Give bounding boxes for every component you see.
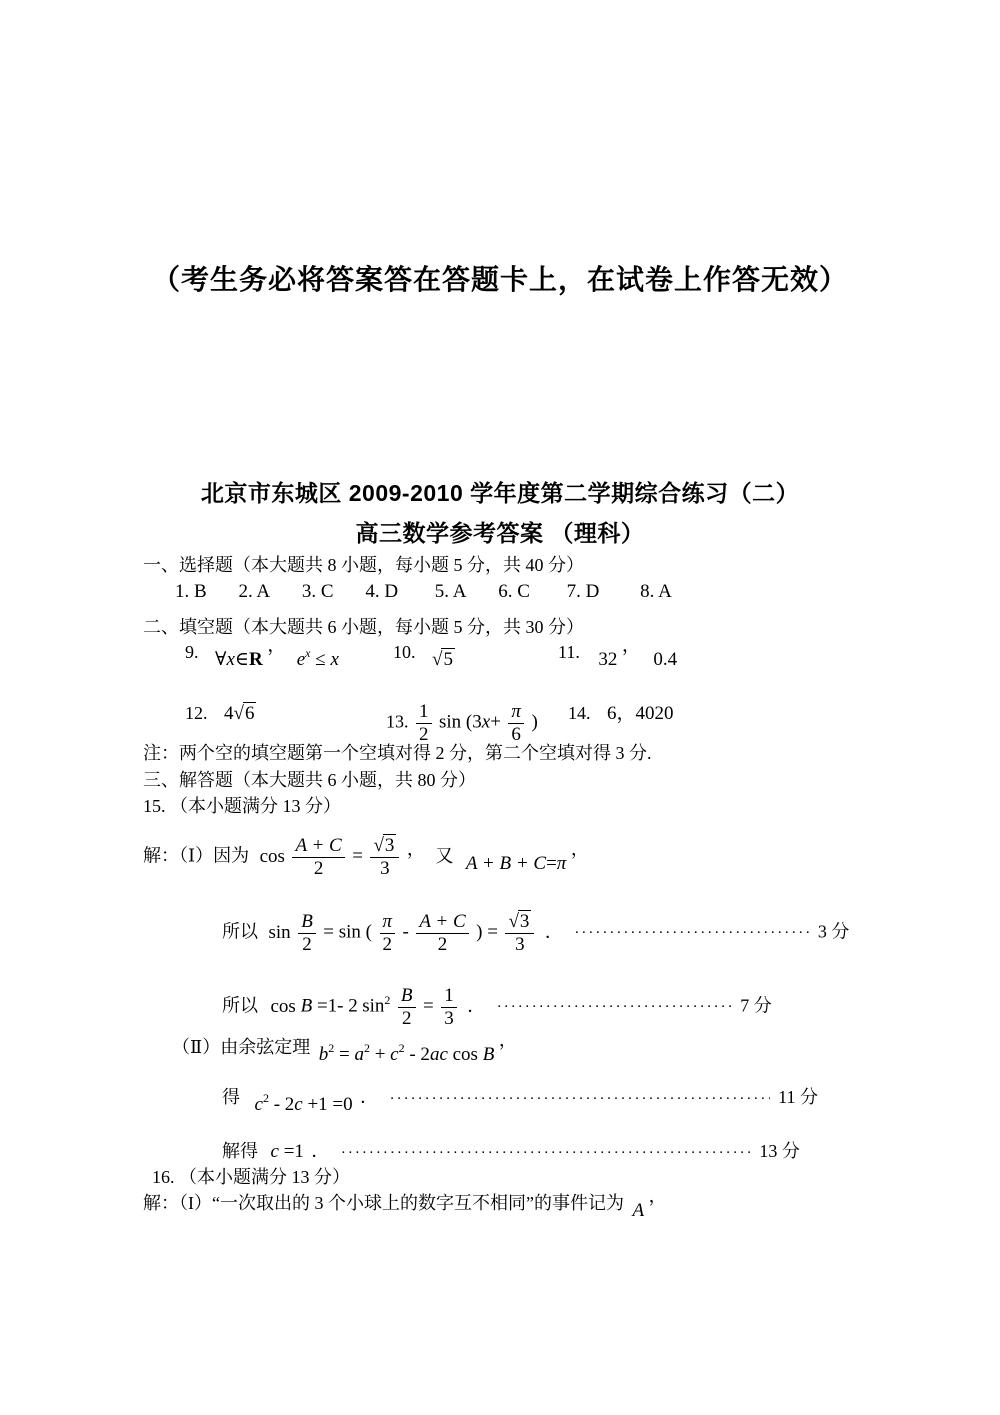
math-fn: sin [269,922,291,943]
q14-label: 14. [568,703,591,723]
score-label: 7 分 [740,996,772,1016]
fraction-denominator: 2 [380,933,396,955]
q11-value-1: 32 [598,649,617,670]
event-var: A [632,1200,644,1221]
blank-q12: 12. 4√6 [185,702,256,726]
p15-line5: 得 c2 - 2c +1 =0 ． ······················… [222,1086,818,1110]
math-sum: A + B + C=π [466,853,566,873]
answer-item: 6. C [498,581,530,602]
math-var: x [226,649,234,670]
line-lead: 解得 [222,1141,258,1161]
math-var: B [483,1044,495,1065]
q11-label: 11. [558,642,580,662]
answer-item: 7. D [567,581,600,602]
exam-answer-page: （考生务必将答案答在答题卡上，在试卷上作答无效） 北京市东城区 2009-201… [0,0,1000,1415]
period: ． [311,1141,329,1161]
math-op: - 2 [405,1044,430,1065]
blank-q11: 11. 32 ， 0.4 [558,641,677,665]
p15-line3: 所以 cos B =1- 2 sin2 B2 = 13 ． ··········… [222,986,772,1029]
q10-label: 10. [393,642,416,662]
math-var: c [294,1094,302,1115]
comma: ， [649,1186,667,1206]
math-fn: sin [362,996,384,1017]
section-blank-heading: 二、填空题（本大题共 6 小题，每小题 5 分，共 30 分） [143,616,584,639]
blank-note: 注：两个空的填空题第一个空填对得 2 分，第二个空填对得 3 分. [143,742,652,765]
score-label: 13 分 [759,1141,800,1161]
math-var: A + B + C [466,853,546,874]
math-op: = sin ( [323,922,372,943]
math-op: ) = [476,922,498,943]
superscript: 2 [328,1041,334,1055]
cosine-rule-formula: b2 = a2 + c2 - 2ac cos B [319,1044,495,1064]
blank-row-1: 9. ∀x∈R ， ex ≤ x 10. √5 11. 32 ， 0.4 [0,641,1000,691]
p15-line4: （Ⅱ）由余弦定理 b2 = a2 + c2 - 2ac cos B ， [172,1036,517,1060]
dotted-leader: ········································… [497,998,732,1017]
q12-label: 12. [185,703,208,723]
math-op: ≤ [311,649,331,670]
fraction-numerator: A + C [292,836,344,857]
math-op: +1 =0 [303,1094,353,1115]
line-lead: 解：（Ⅰ）因为 [143,846,249,866]
score-label: 11 分 [778,1087,818,1107]
set-r: R [249,649,263,670]
comma: ， [267,635,286,656]
line-lead: （Ⅱ）由余弦定理 [172,1037,310,1057]
fraction-denominator: 2 [292,857,344,879]
fraction-numerator: 1 [441,986,457,1007]
element-of-symbol: ∈ [235,649,249,670]
fraction: π6 [508,702,524,745]
fraction-denominator: 3 [370,857,399,879]
quadratic-formula: c2 - 2c +1 =0 [255,1094,353,1114]
math-op: - 2 [269,1094,294,1115]
q10-value: √5 [432,649,455,670]
math-op: = [352,846,363,867]
line-lead: 所以 [222,922,258,942]
fraction-denominator: 2 [298,933,316,955]
superscript: 2 [399,1041,405,1055]
superscript: 2 [364,1041,370,1055]
math-op: = [546,853,557,874]
coefficient: 4 [224,703,234,724]
fraction: A + C2 [416,912,468,955]
fraction: B2 [298,912,316,955]
q12-value: 4√6 [224,703,256,724]
superscript: 2 [263,1091,269,1105]
comma: ， [499,1030,517,1050]
fraction-denominator: 3 [505,933,534,955]
fraction: 13 [441,986,457,1029]
answer-item: 4. D [365,581,398,602]
q9-label: 9. [185,642,199,662]
radicand: 6 [243,702,257,724]
section-choice-heading: 一、选择题（本大题共 8 小题，每小题 5 分，共 40 分） [143,554,584,577]
fraction-numerator: √3 [370,836,399,857]
q11-value-2: 0.4 [653,649,677,670]
q9-part2: ex ≤ x [297,649,339,669]
fraction-numerator: B [298,912,316,933]
math-var: ac [430,1044,453,1065]
fraction: √33 [505,912,534,955]
line-lead: 得 [222,1087,240,1107]
radicand: 3 [518,910,532,932]
math-op: + [490,712,501,733]
also-text: 又 [435,846,453,866]
fraction-denominator: 3 [441,1007,457,1029]
math-op: = [334,1044,354,1065]
choice-answers: 1. B 2. A 3. C 4. D 5. A 6. C 7. D 8. A [175,580,699,604]
math-op: =1- 2 [312,996,358,1017]
math-var: b [319,1044,329,1065]
math-var: c [390,1044,398,1065]
exam-title: 北京市东城区 2009-2010 学年度第二学期综合练习（二） [0,479,1000,508]
fraction-numerator: √3 [505,912,534,933]
p15-heading: 15. （本小题满分 13 分） [143,795,341,818]
fraction-numerator: 1 [416,702,432,723]
p16-heading: 16. （本小题满分 13 分） [152,1166,350,1189]
fraction: 12 [416,702,432,745]
radicand: 3 [383,834,397,856]
blank-row-2: 12. 4√6 13. 12 sin (3x+ π6 ) 14. 6，4020 [0,690,1000,746]
superscript: x [305,646,310,660]
blank-q14: 14. 6，4020 [568,702,674,726]
math-close: ) [531,712,537,733]
math-fn: cos [260,846,285,867]
math-var: π [557,853,567,874]
fraction: √33 [370,836,399,879]
math-var: c [271,1141,279,1162]
q14-value: 6，4020 [607,703,674,724]
math-fn: cos [271,996,301,1017]
line-lead: 所以 [222,996,258,1016]
p15-line2: 所以 sin B2 = sin ( π2 - A + C2 ) = √33 ． … [222,912,849,955]
q9-part1: ∀x∈R [215,649,263,669]
answer-item: 3. C [302,581,334,602]
math-var: x [330,649,338,670]
answer-sheet-notice: （考生务必将答案答在答题卡上，在试卷上作答无效） [0,262,1000,297]
math-op: - [403,922,409,943]
line-lead: 解：（I）“一次取出的 3 个小球上的数字互不相同”的事件记为 [143,1193,624,1213]
math-op: + [370,1044,390,1065]
period: ． [467,996,485,1016]
period: ． [360,1087,378,1107]
forall-symbol: ∀ [215,649,226,670]
fraction-numerator: π [380,912,396,933]
math-op: =1 [279,1141,304,1162]
blank-q9: 9. ∀x∈R ， ex ≤ x [185,641,339,665]
comma: ， [571,839,589,859]
fraction: π2 [380,912,396,955]
p15-line6: 解得 c =1 ． ······························… [222,1140,800,1164]
math-var: x [482,712,490,733]
math-fn: sin (3 [439,712,482,733]
math-var: e [297,649,305,670]
p15-line1: 解：（Ⅰ）因为 cos A + C2 = √33 ， 又 A + B + C=π… [143,836,589,879]
fraction-numerator: B [398,986,416,1007]
superscript: 2 [384,993,390,1007]
math-var: B [301,996,313,1017]
math-var: a [354,1044,364,1065]
answer-item: 2. A [238,581,270,602]
blank-q10: 10. √5 [393,641,455,665]
math-op: = [423,996,434,1017]
answer-item: 8. A [640,581,672,602]
blank-q13: 13. 12 sin (3x+ π6 ) [386,702,538,745]
fraction-denominator: 2 [416,933,468,955]
dotted-leader: ········································… [574,924,809,943]
q13-label: 13. [386,712,409,732]
comma: ， [407,839,425,859]
radicand: 5 [441,648,455,670]
comma: ， [622,635,641,656]
answer-item: 1. B [175,581,207,602]
dotted-leader: ········································… [341,1144,751,1163]
p16-solution-line: 解：（I）“一次取出的 3 个小球上的数字互不相同”的事件记为 A ， [143,1192,667,1216]
fraction: A + C2 [292,836,344,879]
math-var: c [255,1094,263,1115]
fraction: B2 [398,986,416,1029]
fraction-numerator: A + C [416,912,468,933]
period: ． [545,922,563,942]
answer-item: 5. A [435,581,467,602]
fraction-numerator: π [508,702,524,723]
dotted-leader: ········································… [390,1090,770,1109]
score-label: 3 分 [818,922,850,942]
section-solve-heading: 三、解答题（本大题共 6 小题，共 80 分） [143,769,476,792]
answer-key-subtitle: 高三数学参考答案 （理科） [0,519,1000,548]
fraction-denominator: 2 [398,1007,416,1029]
math-fn: cos [453,1044,483,1065]
